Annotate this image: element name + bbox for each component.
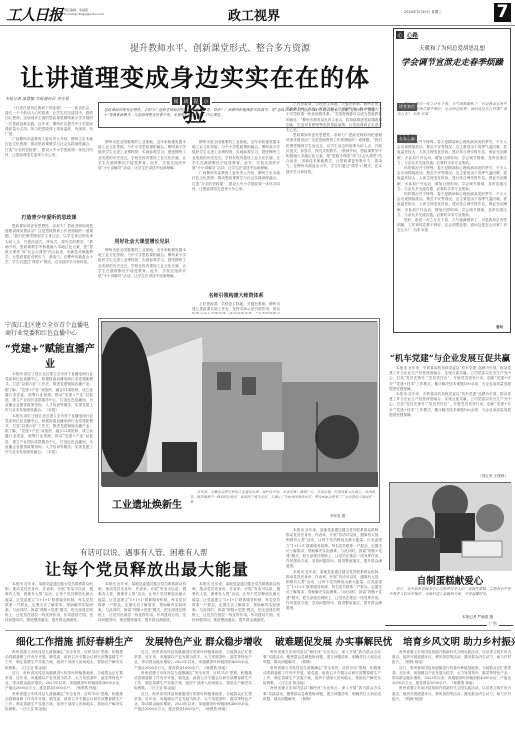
paragraph: 《行进在国风红旗底下的征程》一一一曲音乐会，将红一个个鼓动人心的故事，让学生们沉… bbox=[5, 106, 93, 137]
cake-illustration bbox=[390, 483, 512, 571]
subhead-1: 打造青少年爱听的思政课 bbox=[5, 214, 93, 221]
bottom-divider bbox=[5, 630, 511, 631]
paragraph: 广西柳州市委教育工委负责人介绍，柳州立足本地红色文化资源，推动思政课教学与社会实… bbox=[5, 137, 93, 158]
paragraph: 贵州省遵义市凤冈县九道镇确定“安全有效、应时早动”思路，积极推动春耕备耕工作有序… bbox=[134, 671, 252, 692]
paragraph: 本报讯 近年来，中铁某局机务段党委以“机车党建”品牌为引领，推动党建工作与企业生… bbox=[389, 392, 511, 418]
paragraph: 近日，贵州省凤冈县凤凰镇进行的茶叶种植基地里，当地群众正忙着采茶。近年来，凤凰镇… bbox=[134, 650, 252, 671]
bottom-body-2: 近日，贵州省凤冈县凤凰镇进行的茶叶种植基地里，当地群众正忙着采茶。近年来，凤凰镇… bbox=[134, 650, 252, 746]
party-body-col1: 本报讯 近年来，某地党委通过健全党员联系群众机制，推动党员亮身份、作表率，开展“… bbox=[5, 582, 93, 622]
paragraph: 贵州省遵义市凤冈县持续开展新时代文明实践活动，以培育文明乡风为重点，组织开展道德… bbox=[392, 650, 511, 666]
paragraph: 本报讯 近年来，某地党委通过健全党员联系群众机制，推动党员亮身份、作表率，开展“… bbox=[98, 582, 186, 622]
paragraph: 贵州省遵义市凤冈县九道镇确定“安全有效、应时早动”思路，积极推动春耕备耕工作有序… bbox=[5, 650, 123, 671]
subhead-3: 名师引领构建大师资体系 bbox=[192, 292, 280, 299]
reading-tag-char: 示 bbox=[202, 97, 210, 105]
bottom-body-1: 贵州省遵义市凤冈县九道镇确定“安全有效、应时早动”思路，积极推动春耕备耕工作有序… bbox=[5, 650, 123, 746]
paragraph: 上好思政课，学校是主阵地，关键在教师。柳州市建立思政课名师工作室，发挥名师示范引… bbox=[192, 302, 280, 314]
lead-body-col3: 柳州市是全国重要的工业基地，近年来积极发掘本地工业文化资源，与中小学思政课相融合… bbox=[192, 140, 280, 286]
paragraph: 您好，都说一年之计在于春，天气逐渐暖和了，可是我却总有些烦躁，工作和休息都不够好… bbox=[397, 218, 507, 234]
bottom-headline-2: 发展特色产业 群众稳步增收 bbox=[145, 634, 262, 648]
livestream-headline: “党建+”赋能直播产业 bbox=[5, 340, 95, 370]
reader-letter: 您好，都说一年之计在于春，天气逐渐暖和了，可是我却总有些烦躁，工作和休息都不够好… bbox=[397, 102, 507, 124]
paragraph: 贵州省遵义市凤冈县以“解民忧”为出发点，深入开展“我为群众办实事”实践活动，聚焦… bbox=[263, 650, 381, 666]
paragraph: 本报讯 浙江宁波江北区建立全市首个直播电商行业党委和红色直播中心，积极探索直播电… bbox=[5, 372, 93, 414]
party-headline: 让每个党员释放出最大能量 bbox=[45, 557, 275, 580]
paragraph: 贵州省遵义市凤冈县九道镇确定“安全有效、应时早动”思路，积极推动春耕备耕工作有序… bbox=[263, 666, 381, 687]
cake-photo-caption: 近日，北京某养老服务中心志愿者与老人们一起制作蛋糕，志愿者们手把手教老人们动手操… bbox=[389, 587, 511, 617]
paragraph: 本报讯 近年来，某地党委通过健全党员联系群众机制，推动党员亮身份、作表率，开展“… bbox=[192, 582, 280, 622]
livestream-kicker: 宁波江北区建立全市首个直播电商行业党委和红色直播中心 bbox=[5, 322, 93, 338]
locomotive-party-credit: （刘玉荣 王保林） bbox=[478, 474, 508, 479]
paragraph: 近日，贵州省凤冈县凤凰镇进行的茶叶种植基地里，当地群众正忙着采茶。近年来，凤凰镇… bbox=[5, 671, 123, 692]
paragraph: 柳州市是全国重要的工业基地，近年来积极发掘本地工业文化资源，与中小学思政课相融合… bbox=[98, 140, 186, 171]
paragraph: 近日，北京某养老服务中心志愿者与老人们一起制作蛋糕，志愿者们手把手教老人们动手操… bbox=[389, 587, 511, 597]
party-body-col3: 本报讯 近年来，某地党委通过健全党员联系群众机制，推动党员亮身份、作表率，开展“… bbox=[192, 582, 280, 622]
paragraph: 本报讯 近年来，某地党委通过健全党员联系群众机制，推动党员亮身份、作表率，开展“… bbox=[286, 570, 382, 612]
party-body-col4: 本报讯 近年来，某地党委通过健全党员联系群众机制，推动党员亮身份、作表率，开展“… bbox=[286, 528, 382, 622]
subhead-2: 用好社会大课堂增长见识 bbox=[98, 238, 186, 245]
bottom-body-4: 贵州省遵义市凤冈县持续开展新时代文明实践活动，以培育文明乡风为重点，组织开展道德… bbox=[392, 650, 511, 746]
reading-tag: 阅 读 提 示 bbox=[170, 97, 212, 105]
party-body-col2: 本报讯 近年来，某地党委通过健全党员联系群众机制，推动党员亮身份、作表率，开展“… bbox=[98, 582, 186, 622]
section-title: 政工视界 bbox=[228, 5, 280, 24]
paragraph: 柳州市是全国重要的工业基地，近年来积极发掘本地工业文化资源，与中小学思政课相融合… bbox=[192, 140, 280, 171]
paragraph: 贵州省遵义市凤冈县持续开展新时代文明实践活动，以培育文明乡风为重点，组织开展道德… bbox=[392, 686, 511, 702]
column-heart-icon: 心 bbox=[396, 31, 404, 39]
expert-sign: 春旬 bbox=[496, 325, 503, 330]
paragraph: 近年来，安徽省合肥市利用工业遗址资源，保护性开发、改善环境、修缮厂房、完善设施，… bbox=[190, 490, 375, 504]
paragraph: 思政课如何更有思想性、亲和力？思政老师如何把道理讲深讲透讲活？这是思政教育工作者… bbox=[286, 133, 382, 175]
paragraph: 本报讯 近年来，中铁某局机务段党委以“机车党建”品牌为引领，推动党建工作与企业生… bbox=[389, 366, 511, 392]
paragraph: 柳州市是全国重要的工业基地，近年来积极发掘本地工业文化资源，与中小学思政课相融合… bbox=[98, 248, 186, 279]
sub2-body: 柳州市是全国重要的工业基地，近年来积极发掘本地工业文化资源，与中小学思政课相融合… bbox=[98, 248, 186, 310]
ad-label: 广告 bbox=[487, 621, 499, 627]
photo-feature-caption: 近年来，安徽省合肥市利用工业遗址资源，保护性开发、改善环境、修缮厂房、完善设施，… bbox=[190, 490, 375, 512]
paragraph: 你的情况并不特殊，春天是精神和心理疾病高发的季节，不少人会出现情绪波动、焦虑不安… bbox=[397, 192, 507, 218]
paragraph: 你的情况并不特殊，春天是精神和心理疾病高发的季节，不少人会出现情绪波动、焦虑不安… bbox=[397, 140, 507, 166]
paragraph: 近日，贵州省凤冈县凤凰镇进行的茶叶种植基地里，当地群众正忙着采茶。近年来，凤凰镇… bbox=[392, 666, 511, 687]
reading-tag-char: 读 bbox=[182, 97, 190, 105]
lead-kicker: 提升教师水平、创新课堂形式、整合多方资源 bbox=[60, 41, 380, 54]
newspaper-logo: 工人日报 bbox=[6, 4, 62, 25]
paragraph: 近日，贵州省凤冈县凤凰镇进行的茶叶种植基地里，当地群众正忙着采茶。近年来，凤凰镇… bbox=[134, 692, 252, 713]
bottom-body-3: 贵州省遵义市凤冈县以“解民忧”为出发点，深入开展“我为群众办实事”实践活动，聚焦… bbox=[263, 650, 381, 746]
paragraph: 贵州省遵义市凤冈县九道镇确定“安全有效、应时早动”思路，积极推动春耕备耕工作有序… bbox=[5, 692, 123, 713]
locomotive-party-headline: “机车党建”与企业发展互促共赢 bbox=[387, 352, 513, 364]
sidebar-title: 学会调节宣泄走走春季烦躁 bbox=[393, 56, 511, 68]
page-number: 7 bbox=[494, 3, 511, 22]
column-name: 心路 bbox=[407, 31, 418, 39]
bottom-headline-3: 破难题促发展 办实事解民忧 bbox=[275, 634, 392, 648]
lead-body-col1: 《行进在国风红旗底下的征程》一一一曲音乐会，将红一个个鼓动人心的故事，让学生们沉… bbox=[5, 106, 93, 181]
column-header: 心 心路 bbox=[396, 31, 418, 39]
lead-body-col2: 柳州市是全国重要的工业基地，近年来积极发掘本地工业文化资源，与中小学思政课相融合… bbox=[98, 140, 186, 220]
reading-tag-char: 阅 bbox=[172, 97, 180, 105]
photo-feature-title: 工业遗址焕新生 bbox=[112, 496, 182, 511]
paragraph: 思政课如何更有思想性、亲和力？思政老师如何把道理讲深讲透讲活？这是思政教育工作者… bbox=[5, 224, 93, 266]
paragraph: 本报讯 浙江宁波江北区建立全市首个直播电商行业党委和红色直播中心，积极探索直播电… bbox=[5, 414, 93, 456]
sub3-body-start: 上好思政课，学校是主阵地，关键在教师。柳州市建立思政课名师工作室，发挥名师示范引… bbox=[192, 302, 280, 314]
paragraph: 上好思政课，学校是主阵地，关键在教师。柳州市建立思政课名师工作室，发挥名师示范引… bbox=[286, 102, 382, 133]
paragraph: 你的情况并不特殊，春天是精神和心理疾病高发的季节，不少人会出现情绪波动、焦虑不安… bbox=[397, 166, 507, 192]
cake-volunteer-photo bbox=[389, 482, 511, 570]
paragraph: 您好，都说一年之计在于春，天气逐渐暖和了，可是我却总有些烦躁，工作和休息都不够好… bbox=[397, 102, 507, 118]
industrial-heritage-photo bbox=[101, 321, 377, 486]
issue-date: 2024年3月20日 星期三 bbox=[404, 10, 442, 15]
editor-email: E-mail:grrbzgsj@sohu.com bbox=[64, 12, 104, 16]
reading-tag-char: 提 bbox=[192, 97, 200, 105]
sub1-body: 思政课如何更有思想性、亲和力？思政老师如何把道理讲深讲透讲活？这是思政教育工作者… bbox=[5, 224, 93, 314]
editor-info: 责任编辑：李丽霞 E-mail:grrbzgsj@sohu.com bbox=[64, 8, 104, 16]
paragraph: 本报讯 近年来，某地党委通过健全党员联系群众机制，推动党员亮身份、作表率，开展“… bbox=[5, 582, 93, 622]
locomotive-party-body: 本报讯 近年来，中铁某局机务段党委以“机车党建”品牌为引领，推动党建工作与企业生… bbox=[389, 366, 511, 474]
cake-photo-title: 自制蛋糕献爱心 bbox=[387, 573, 513, 587]
livestream-body: 本报讯 浙江宁波江北区建立全市首个直播电商行业党委和红色直播中心，积极探索直播电… bbox=[5, 372, 93, 540]
cake-photo-credit: 本报记者 严晓燕 摄 bbox=[462, 615, 493, 620]
sidebar-subtitle: 天暖和了为何总爱胡思乱想 bbox=[393, 44, 511, 52]
lead-body-col4: 上好思政课，学校是主阵地，关键在教师。柳州市建立思政课名师工作室，发挥名师示范引… bbox=[286, 102, 382, 312]
paragraph: 广西柳州市委教育工委负责人介绍，柳州立足本地红色文化资源，推动思政课教学与社会实… bbox=[192, 171, 280, 192]
expert-answer: 你的情况并不特殊，春天是精神和心理疾病高发的季节，不少人会出现情绪波动、焦虑不安… bbox=[397, 140, 507, 326]
lead-byline: 本报记者 庞慧敏 本报通讯员 李少景 bbox=[5, 96, 69, 102]
paragraph: 本报讯 近年来，某地党委通过健全党员联系群众机制，推动党员亮身份、作表率，开展“… bbox=[286, 528, 382, 570]
photo-feature-credit: 刘军喜 摄 bbox=[330, 514, 345, 519]
paragraph: 贵州省遵义市凤冈县以“解民忧”为出发点，深入开展“我为群众办实事”实践活动，聚焦… bbox=[263, 686, 381, 702]
bottom-headline-4: 培育乡风文明 助力乡村振兴 bbox=[403, 634, 515, 648]
bottom-headline-1: 细化工作措施 抓好春耕生产 bbox=[16, 634, 133, 648]
building-illustration bbox=[102, 322, 378, 487]
